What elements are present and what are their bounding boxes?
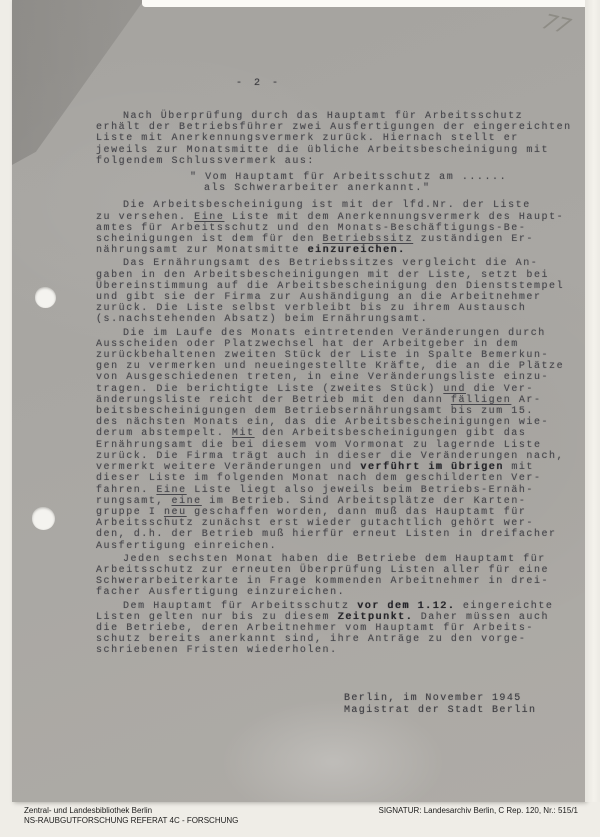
library-name: Zentral- und Landesbibliothek Berlin [24,806,238,816]
text-segment: Liste liegt also jeweils beim Betriebs-E… [187,485,534,496]
text-line: facher Ausfertigung einzureichen. [96,587,582,598]
text-segment: Jeden sechsten Monat haben die Betriebe … [123,554,546,565]
text-segment: von Ausgeschiedenen treten, in eine Verä… [96,372,549,383]
text-segment: die Betriebe, deren Arbeitnehmer vom Hau… [96,623,534,634]
text-segment: den Arbeitsbescheinigungen gibt das [255,428,527,439]
text-segment: Arbeitsschutz zunächst erst wieder gutac… [96,518,534,529]
underlined-text: neu [164,507,187,518]
text-segment: amtes für Arbeitsschutz und den Monats-B… [96,223,526,234]
text-segment: rungsamt, [96,496,172,507]
text-segment: folgendem Schlussvermerk aus: [96,156,315,167]
signature-place-date: Berlin, im November 1945 [344,693,536,705]
text-segment: gaben in den Arbeitsbescheinigungen mit … [96,270,549,281]
text-segment: Ausfertigung einreichen. [96,541,277,552]
underlined-text: und [443,384,466,395]
text-segment: jeweils zur Monatsmitte die übliche Arbe… [96,145,549,156]
text-segment: nährungsamt zur Monatsmitte [96,245,307,256]
emphasized-text: verführt im übrigen [360,462,503,473]
document-page: 77 - 2 - Nach Überprüfung durch das Haup… [12,0,585,802]
paragraph: Jeden sechsten Monat haben die Betriebe … [96,554,582,599]
text-segment: Nach Überprüfung durch das Hauptamt für … [123,111,523,122]
text-line: Listen gelten nur bis zu diesem Zeitpunk… [96,612,582,623]
text-line: Die Arbeitsbescheinigung ist mit der lfd… [96,200,582,211]
text-segment: dieser Liste im folgenden Monat nach dem… [96,473,542,484]
text-line: Das Ernährungsamt des Betriebssitzes ver… [96,258,582,269]
text-line: des nächsten Monats ein, das die Arbeits… [96,417,582,428]
text-line: " Vom Hauptamt für Arbeitsschutz am ....… [190,172,582,183]
text-line: vermerkt weitere Veränderungen und verfü… [96,462,582,473]
emphasized-text: Zeitpunkt. [338,612,414,623]
text-line: den, d.h. der Betrieb muß hierfür erneut… [96,529,582,540]
text-segment: scheinigungen ist dem für den [96,234,323,245]
text-segment: schutz bereits anerkannt sind, ihre Antr… [96,634,526,645]
text-line: die Betriebe, deren Arbeitnehmer vom Hau… [96,623,582,634]
text-line: Ausscheiden oder Platzwechsel hat der Ar… [96,339,582,350]
page-number: - 2 - [236,78,281,89]
text-segment: Liste mit dem Anerkennungsvermerk des Ha… [224,212,564,223]
text-segment: und gibt sie der Firma zur Aushändigung … [96,292,542,303]
text-segment: Übereinstimmung auf die Arbeitsbescheini… [96,281,564,292]
text-segment: fahren. [96,485,156,496]
text-line: zurück. Die Firma trägt auch in dieser d… [96,451,582,462]
text-line: Dem Hauptamt für Arbeitsschutz vor dem 1… [96,601,582,612]
library-stamp: Zentral- und Landesbibliothek Berlin NS-… [24,806,238,825]
text-segment: Daher müssen auch [413,612,549,623]
text-line: Arbeitsschutz zur erneuten Überprüfung L… [96,565,582,576]
text-line: änderungsliste reicht der Betrieb mit de… [96,395,582,406]
text-line: gen zu vermerken und neueingestellte Krä… [96,361,582,372]
underlined-text: Betriebssitz [323,234,414,245]
paragraph: Dem Hauptamt für Arbeitsschutz vor dem 1… [96,601,582,657]
text-segment: Ernährungsamt die bei diesem vom Vormona… [96,440,542,451]
text-line: derum abstempelt. Mit den Arbeitsbeschei… [96,428,582,439]
text-line: rungsamt, eine im Betrieb. Sind Arbeitsp… [96,496,582,507]
text-segment: Listen gelten nur bis zu diesem [96,612,338,623]
text-segment: erhält der Betriebsführer zwei Ausfertig… [96,122,572,133]
text-segment: beitsbescheinigungen dem Betriebsernähru… [96,406,534,417]
text-segment: änderungsliste reicht der Betrieb mit de… [96,395,451,406]
text-segment: Ausscheiden oder Platzwechsel hat der Ar… [96,339,519,350]
quote-block: " Vom Hauptamt für Arbeitsschutz am ....… [190,172,582,194]
text-segment: Arbeitsschutz zur erneuten Überprüfung L… [96,565,549,576]
text-line: amtes für Arbeitsschutz und den Monats-B… [96,223,582,234]
text-line: jeweils zur Monatsmitte die übliche Arbe… [96,145,582,156]
text-segment: des nächsten Monats ein, das die Arbeits… [96,417,549,428]
emphasized-text: einzureichen. [307,245,405,256]
text-segment: facher Ausfertigung einzureichen. [96,587,345,598]
handwritten-folio-number: 77 [539,10,575,38]
signature-issuer: Magistrat der Stadt Berlin [344,705,536,717]
underlined-text: Mit [232,428,255,439]
text-line: zurückbehaltenen zweiten Stück der Liste… [96,350,582,361]
text-line: von Ausgeschiedenen treten, in eine Verä… [96,372,582,383]
text-segment: eingereichte [455,601,553,612]
text-line: Die im Laufe des Monats eintretenden Ver… [96,328,582,339]
text-segment: " Vom Hauptamt für Arbeitsschutz am ....… [190,172,507,183]
text-line: folgendem Schlussvermerk aus: [96,156,582,167]
text-line: (s.nachstehenden Absatz) beim Ernährungs… [96,314,582,325]
text-segment: geschaffen worden, dann muß das Hauptamt… [187,507,527,518]
text-segment: gruppe I [96,507,164,518]
text-line: Übereinstimmung auf die Arbeitsbescheini… [96,281,582,292]
text-line: Nach Überprüfung durch das Hauptamt für … [96,111,582,122]
scanner-edge-gap [142,0,597,7]
text-line: scheinigungen ist dem für den Betriebssi… [96,234,582,245]
text-segment: Ar- [511,395,541,406]
text-segment: Die im Laufe des Monats eintretenden Ver… [123,328,546,339]
emphasized-text: vor dem 1.12. [357,601,455,612]
text-segment: zurück. Die Firma trägt auch in dieser d… [96,451,564,462]
text-segment: (s.nachstehenden Absatz) beim Ernährungs… [96,314,428,325]
text-segment: im Betrieb. Sind Arbeitsplätze der Karte… [202,496,527,507]
text-segment: die Ver- [466,384,534,395]
text-segment: Die Arbeitsbescheinigung ist mit der lfd… [123,200,531,211]
underlined-text: Eine [194,212,224,223]
text-segment: gen zu vermerken und neueingestellte Krä… [96,361,564,372]
text-segment: zuständigen Er- [413,234,534,245]
text-line: zurück. Die Liste selbst verbleibt bis z… [96,303,582,314]
text-segment: Schwerarbeiterkarte in Frage kommenden A… [96,576,549,587]
text-segment: zu versehen. [96,212,194,223]
text-line: zu versehen. Eine Liste mit dem Anerkenn… [96,212,582,223]
text-line: nährungsamt zur Monatsmitte einzureichen… [96,245,582,256]
text-segment: als Schwerarbeiter anerkannt." [204,183,431,194]
text-line: Ausfertigung einreichen. [96,541,582,552]
text-line: Schwerarbeiterkarte in Frage kommenden A… [96,576,582,587]
text-line: fahren. Eine Liste liegt also jeweils be… [96,485,582,496]
text-segment: schriebenen Fristen wiederholen. [96,645,338,656]
text-line: schriebenen Fristen wiederholen. [96,645,582,656]
text-segment: tragen. Die berichtigte Liste (zweites S… [96,384,443,395]
text-line: schutz bereits anerkannt sind, ihre Antr… [96,634,582,645]
text-line: und gibt sie der Firma zur Aushändigung … [96,292,582,303]
text-line: gaben in den Arbeitsbescheinigungen mit … [96,270,582,281]
text-line: Ernährungsamt die bei diesem vom Vormona… [96,440,582,451]
underlined-text: Eine [156,485,186,496]
text-segment: Dem Hauptamt für Arbeitsschutz [123,601,357,612]
text-line: dieser Liste im folgenden Monat nach dem… [96,473,582,484]
underlined-text: fälligen [451,395,511,406]
text-line: als Schwerarbeiter anerkannt." [204,183,582,194]
text-line: Liste mit Anerkennungsvermerk zurück. Hi… [96,133,582,144]
paragraph: Die Arbeitsbescheinigung ist mit der lfd… [96,200,582,256]
signature-block: Berlin, im November 1945 Magistrat der S… [344,693,536,716]
library-department: NS-RAUBGUTFORSCHUNG REFERAT 4C - FORSCHU… [24,816,238,826]
underlined-text: eine [172,496,202,507]
text-line: beitsbescheinigungen dem Betriebsernähru… [96,406,582,417]
punch-hole-top [35,287,56,308]
text-segment: zurück. Die Liste selbst verbleibt bis z… [96,303,526,314]
text-line: Arbeitsschutz zunächst erst wieder gutac… [96,518,582,529]
paragraph: Die im Laufe des Monats eintretenden Ver… [96,328,582,552]
punch-hole-bottom [32,507,55,530]
text-line: tragen. Die berichtigte Liste (zweites S… [96,384,582,395]
text-segment: derum abstempelt. [96,428,232,439]
text-line: gruppe I neu geschaffen worden, dann muß… [96,507,582,518]
text-segment: den, d.h. der Betrieb muß hierfür erneut… [96,529,557,540]
scanned-document: 77 - 2 - Nach Überprüfung durch das Haup… [0,0,600,837]
text-segment: vermerkt weitere Veränderungen und [96,462,360,473]
paragraph: Nach Überprüfung durch das Hauptamt für … [96,111,582,167]
text-segment: mit [504,462,534,473]
text-segment: Liste mit Anerkennungsvermerk zurück. Hi… [96,133,519,144]
text-line: erhält der Betriebsführer zwei Ausfertig… [96,122,582,133]
text-line: Jeden sechsten Monat haben die Betriebe … [96,554,582,565]
text-segment: zurückbehaltenen zweiten Stück der Liste… [96,350,549,361]
paragraph: Das Ernährungsamt des Betriebssitzes ver… [96,258,582,325]
archive-signature: SIGNATUR: Landesarchiv Berlin, C Rep. 12… [379,806,579,816]
typewritten-body: Nach Überprüfung durch das Hauptamt für … [96,111,582,659]
text-segment: Das Ernährungsamt des Betriebssitzes ver… [123,258,538,269]
